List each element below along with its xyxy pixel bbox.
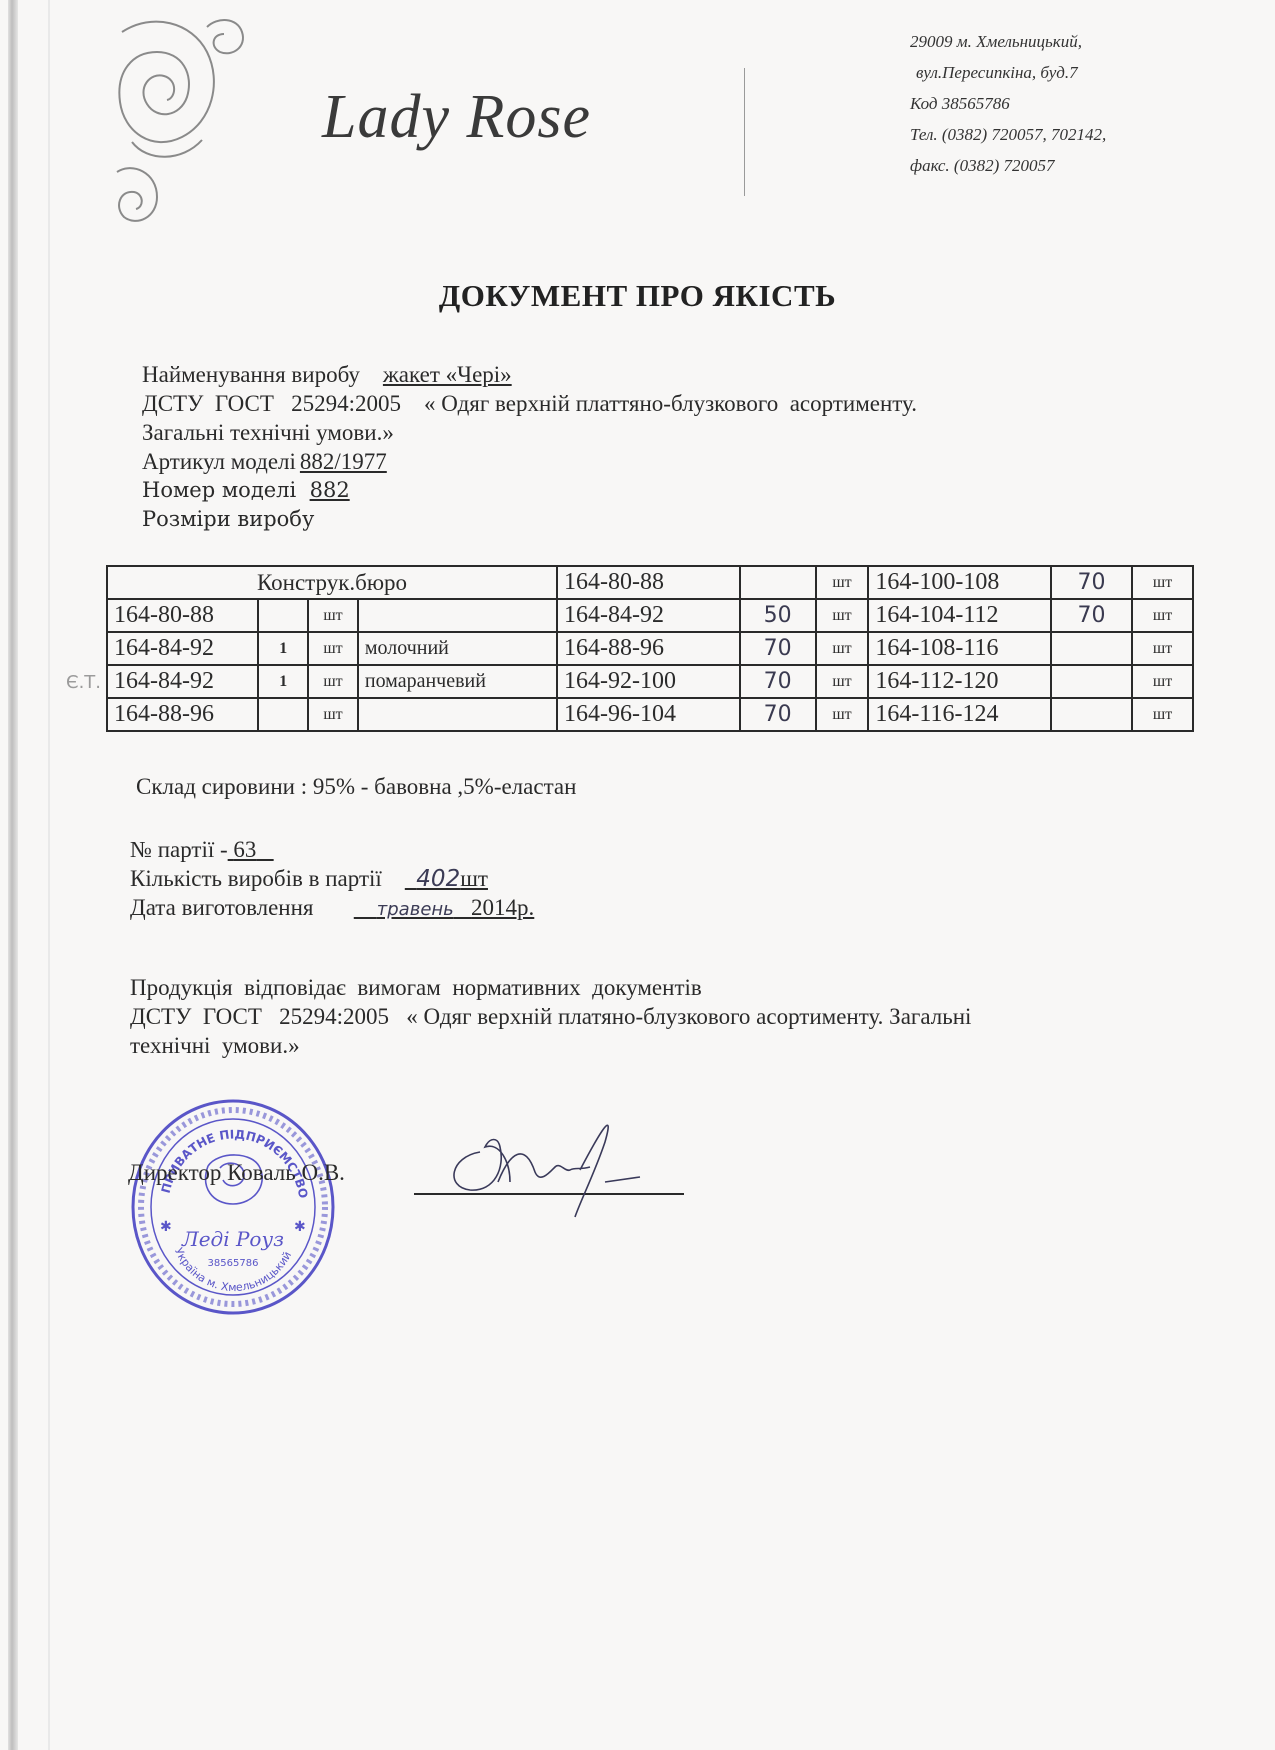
product-name-value: жакет «Чері» (383, 362, 512, 387)
manufacture-date-value: травень 2014р. (354, 895, 535, 920)
contact-code: Код 38565786 (910, 88, 1106, 119)
unit-cell: шт (816, 632, 869, 665)
model-number-line: Номер моделі 882 (142, 476, 350, 505)
qty-cell (1051, 632, 1132, 665)
contact-address-city: 29009 м. Хмельницький, (910, 26, 1106, 57)
size-cell: 164-108-116 (868, 632, 1051, 665)
unit-cell: шт (308, 665, 358, 698)
qty-cell: 70 (1051, 566, 1132, 599)
sizes-table: 164-80-88 шт 164-100-108 70 шт 164-84-92… (556, 565, 1194, 732)
table-header-row: Конструк.бюро (107, 566, 557, 599)
color-cell (358, 698, 557, 731)
unit-cell: шт (1132, 698, 1193, 731)
svg-text:Україна м. Хмельницький: Україна м. Хмельницький (172, 1246, 294, 1294)
batch-count-label: Кількість виробів в партії (130, 866, 382, 891)
color-cell: молочний (358, 632, 557, 665)
size-cell: 164-84-92 (107, 665, 258, 698)
model-number-label: Номер моделі (142, 478, 296, 502)
unit-cell: шт (1132, 632, 1193, 665)
qty-cell: 50 (740, 599, 816, 632)
unit-cell: шт (1132, 599, 1193, 632)
size-cell: 164-88-96 (107, 698, 258, 731)
unit-cell: шт (1132, 566, 1193, 599)
product-name-label: Найменування виробу (142, 362, 360, 387)
size-cell: 164-112-120 (868, 665, 1051, 698)
qty-cell (1051, 665, 1132, 698)
signatory-name: Директор Коваль О.В. (128, 1160, 345, 1186)
conformity-line-3: технічні умови.» (130, 1031, 300, 1060)
contact-phone: Тел. (0382) 720057, 702142, (910, 119, 1106, 150)
color-cell (358, 599, 557, 632)
scan-edge-shadow (8, 0, 18, 1750)
rose-ornament-icon (112, 12, 262, 232)
company-contacts: 29009 м. Хмельницький, вул.Пересипкіна, … (910, 26, 1106, 181)
size-cell: 164-100-108 (868, 566, 1051, 599)
table-row: 164-88-96 шт (107, 698, 557, 731)
qty-cell (258, 599, 308, 632)
batch-number-line: № партії - 63 (130, 835, 274, 864)
design-bureau-table: Конструк.бюро 164-80-88 шт 164-84-92 1 ш… (106, 565, 558, 732)
company-logo: Lady Rose (322, 82, 591, 153)
table-row: 164-80-88 шт (107, 599, 557, 632)
svg-text:38565786: 38565786 (208, 1258, 259, 1269)
unit-cell: шт (308, 632, 358, 665)
qty-cell: 1 (258, 665, 308, 698)
svg-text:Леді Роуз: Леді Роуз (181, 1227, 284, 1251)
unit-cell: шт (1132, 665, 1193, 698)
size-cell: 164-92-100 (557, 665, 740, 698)
conformity-line-2: ДСТУ ГОСТ 25294:2005 « Одяг верхній плат… (130, 1002, 971, 1031)
unit-cell: шт (816, 665, 869, 698)
company-seal-icon: ПРИВАТНЕ ПІДПРИЄМСТВО Леді Роуз 38565786… (128, 1096, 338, 1318)
article-line: Артикул моделі882/1977 (142, 447, 387, 476)
size-cell: 164-84-92 (557, 599, 740, 632)
size-cell: 164-104-112 (868, 599, 1051, 632)
qty-cell: 70 (740, 665, 816, 698)
size-cell: 164-84-92 (107, 632, 258, 665)
scan-fold-line (48, 0, 50, 1750)
table-row: 164-80-88 шт 164-100-108 70 шт (557, 566, 1193, 599)
batch-count-line: Кількість виробів в партії 402шт (130, 864, 488, 894)
standard-line-2: Загальні технічні умови.» (142, 418, 394, 447)
unit-cell: шт (816, 698, 869, 731)
manufacture-date-label: Дата виготовлення (130, 895, 314, 920)
batch-number-label: № партії - (130, 837, 228, 862)
document-title: ДОКУМЕНТ ПРО ЯКІСТЬ (0, 278, 1275, 314)
contact-fax: факс. (0382) 720057 (910, 150, 1106, 181)
table-row: 164-84-92 1 шт молочний (107, 632, 557, 665)
qty-cell: 1 (258, 632, 308, 665)
product-name-line: Найменування виробу жакет «Чері» (142, 360, 512, 389)
manufacture-date-line: Дата виготовлення травень 2014р. (130, 893, 534, 924)
contact-address-street: вул.Пересипкіна, буд.7 (910, 57, 1106, 88)
unit-cell: шт (308, 599, 358, 632)
unit-cell: шт (308, 698, 358, 731)
header-divider (744, 68, 745, 196)
table-row: 164-84-92 1 шт помаранчевий (107, 665, 557, 698)
size-cell: 164-96-104 (557, 698, 740, 731)
model-number-value: 882 (310, 478, 350, 502)
unit-cell: шт (816, 566, 869, 599)
size-cell: 164-80-88 (107, 599, 258, 632)
sizes-label: Розміри виробу (142, 505, 314, 534)
size-cell: 164-116-124 (868, 698, 1051, 731)
svg-text:✱: ✱ (294, 1219, 306, 1235)
table-row: 164-84-92 50 шт 164-104-112 70 шт (557, 599, 1193, 632)
table-row: 164-96-104 70 шт 164-116-124 шт (557, 698, 1193, 731)
signature-icon (440, 1112, 670, 1222)
qty-cell: 70 (740, 632, 816, 665)
article-label: Артикул моделі (142, 449, 296, 474)
article-value: 882/1977 (296, 449, 387, 474)
qty-cell (740, 566, 816, 599)
design-bureau-header: Конструк.бюро (107, 566, 557, 599)
standard-line-1: ДСТУ ГОСТ 25294:2005 « Одяг верхній плат… (142, 389, 917, 418)
color-cell: помаранчевий (358, 665, 557, 698)
unit-cell: шт (816, 599, 869, 632)
composition-line: Склад сировини : 95% - бавовна ,5%-еласт… (136, 772, 576, 801)
batch-number-value: 63 (228, 837, 274, 862)
qty-cell: 70 (1051, 599, 1132, 632)
size-cell: 164-88-96 (557, 632, 740, 665)
margin-note: Є.Т. (66, 672, 101, 693)
table-row: 164-88-96 70 шт 164-108-116 шт (557, 632, 1193, 665)
size-cell: 164-80-88 (557, 566, 740, 599)
svg-text:✱: ✱ (160, 1219, 172, 1235)
qty-cell (1051, 698, 1132, 731)
batch-count-value: 402шт (405, 866, 488, 891)
conformity-line-1: Продукція відповідає вимогам нормативних… (130, 973, 702, 1002)
qty-cell: 70 (740, 698, 816, 731)
table-row: 164-92-100 70 шт 164-112-120 шт (557, 665, 1193, 698)
qty-cell (258, 698, 308, 731)
